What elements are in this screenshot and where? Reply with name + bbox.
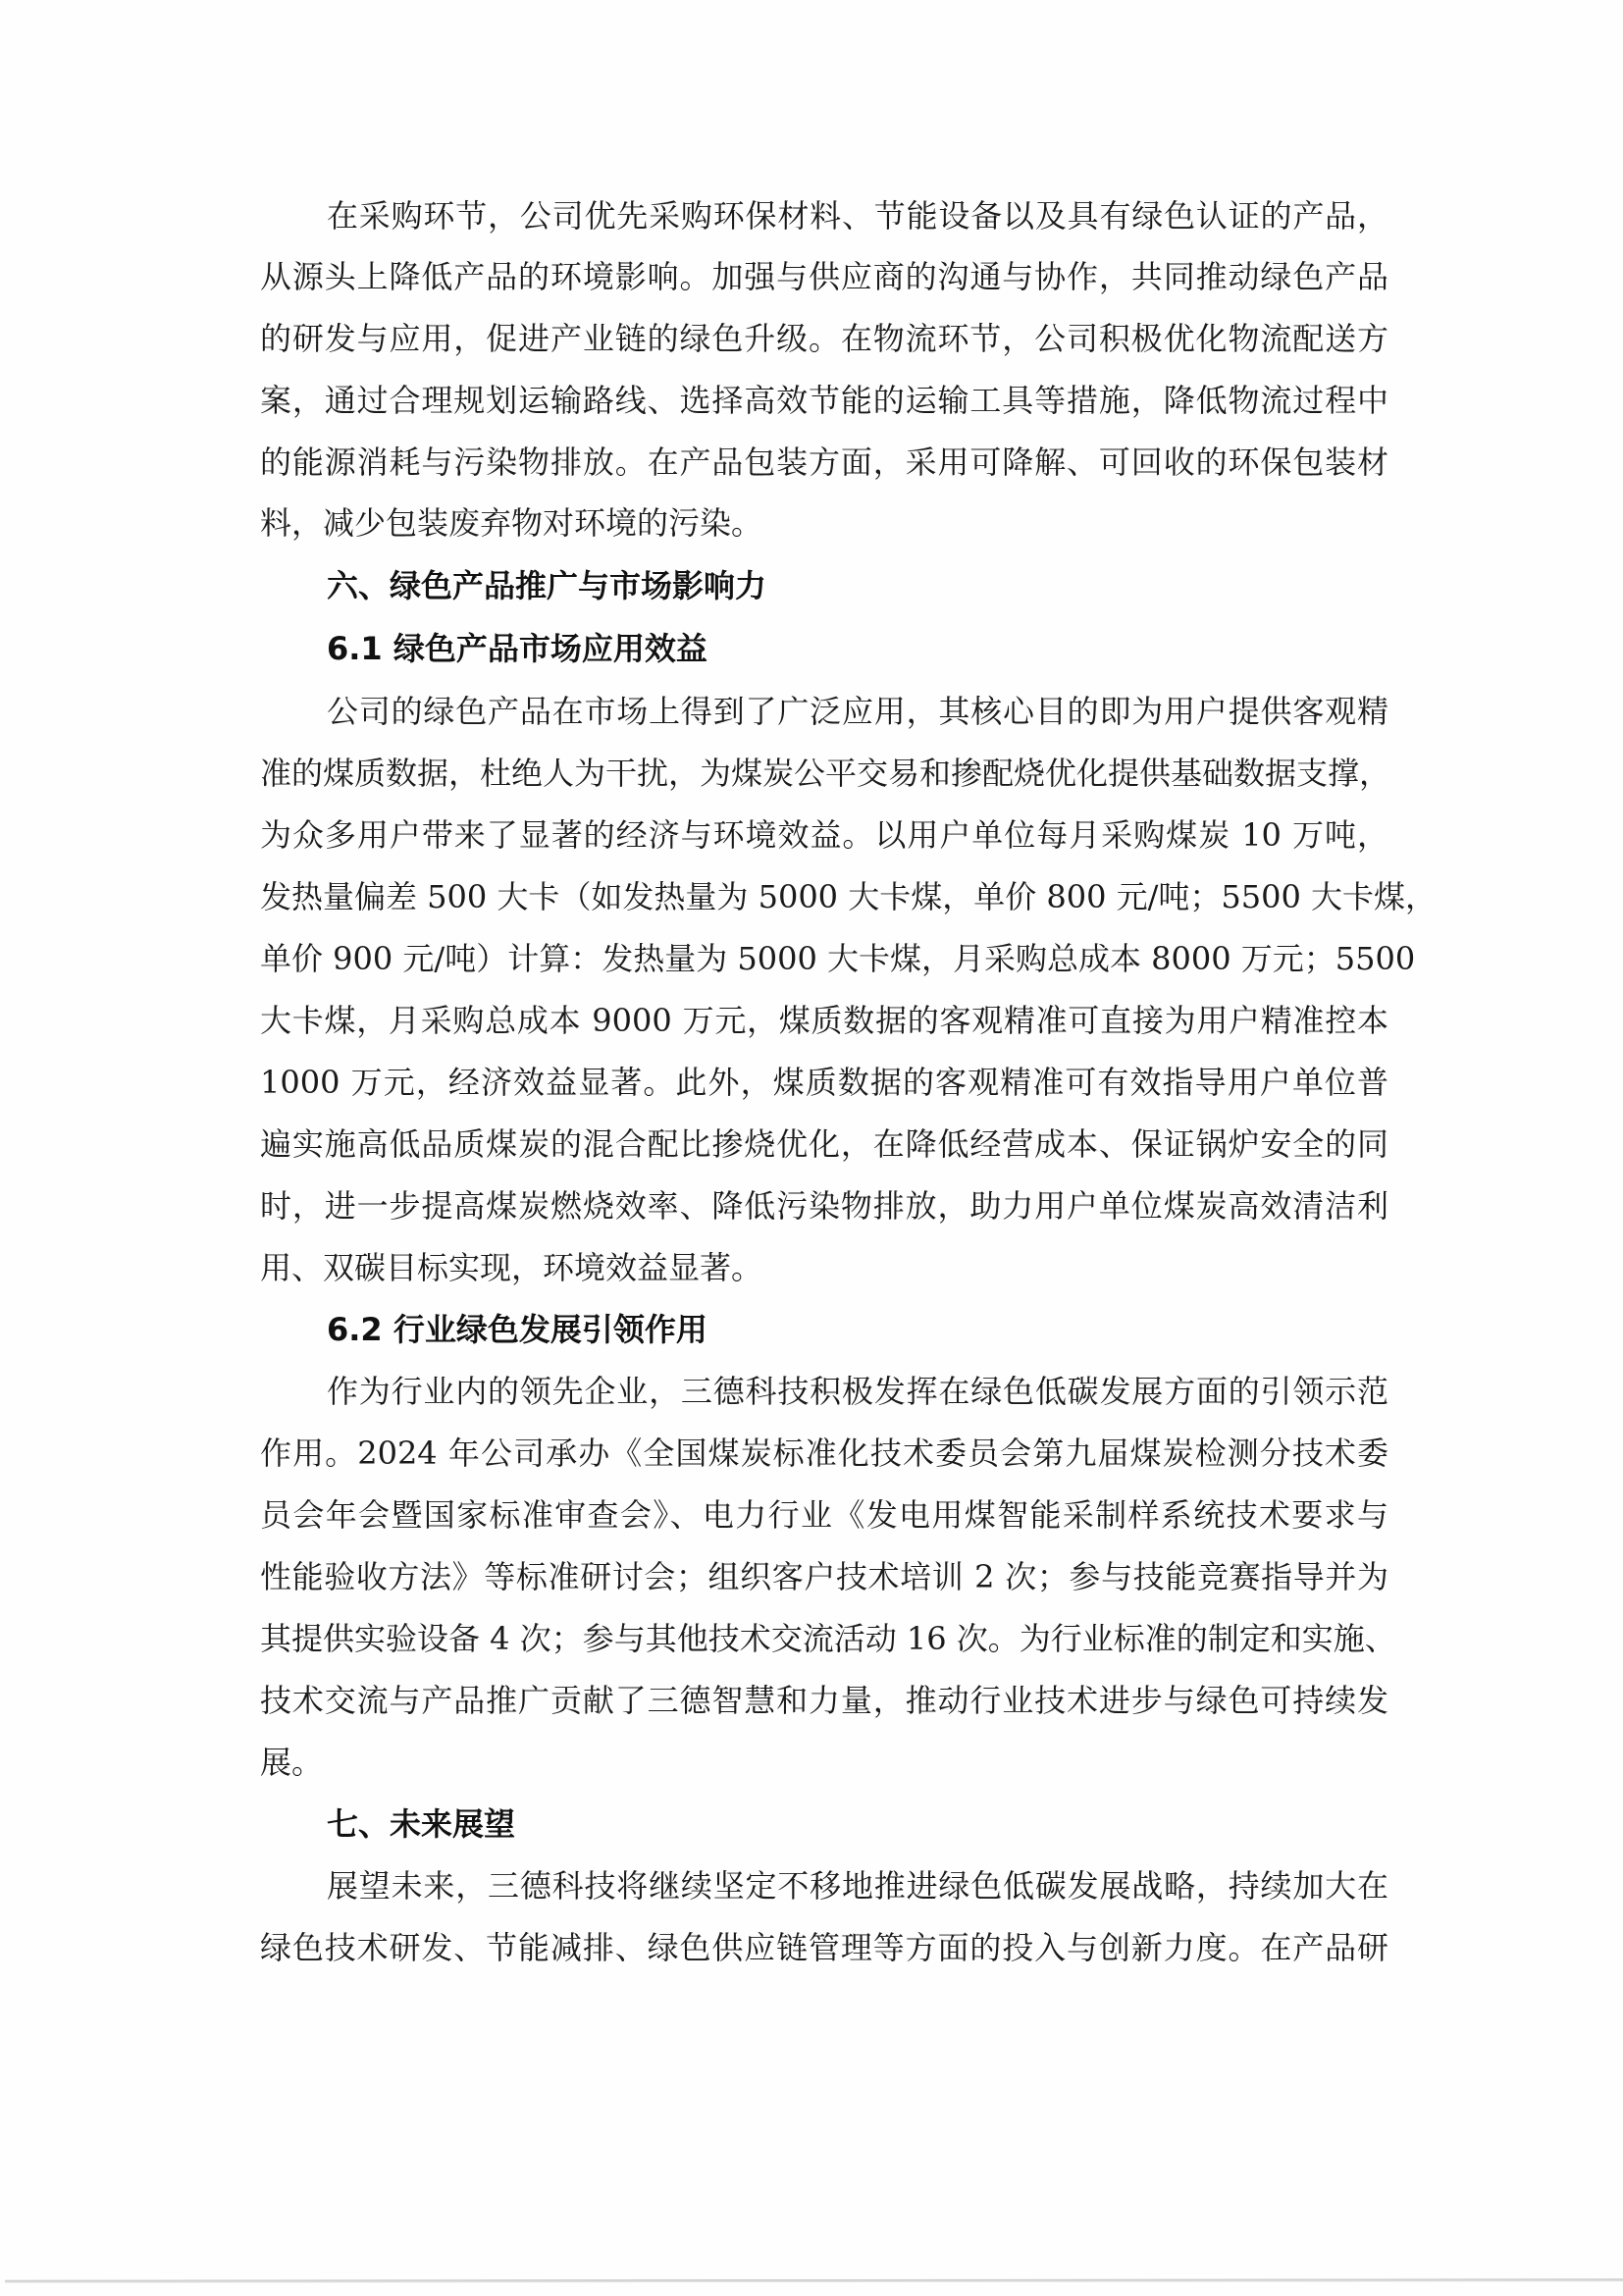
text-line: 时，进一步提高煤炭燃烧效率、降低污染物排放，助力用户单位煤炭高效清洁利 <box>260 1181 1388 1230</box>
text-line: 的能源消耗与污染物排放。在产品包装方面，采用可降解、可回收的环保包装材 <box>260 438 1388 487</box>
text-line: 发热量偏差 500 大卡（如发热量为 5000 大卡煤，单价 800 元/吨；5… <box>260 872 1388 921</box>
text-line: 大卡煤，月采购总成本 9000 万元，煤质数据的客观精准可直接为用户精准控本 <box>260 996 1388 1045</box>
text-line: 性能验收方法》等标准研讨会；组织客户技术培训 2 次；参与技能竞赛指导并为 <box>260 1552 1388 1601</box>
text-line: 准的煤质数据，杜绝人为干扰，为煤炭公平交易和掺配烧优化提供基础数据支撑， <box>260 749 1388 798</box>
section-heading-6: 六、绿色产品推广与市场影响力 <box>327 561 766 610</box>
text-line: 1000 万元，经济效益显著。此外，煤质数据的客观精准可有效指导用户单位普 <box>260 1058 1388 1107</box>
text-line: 员会年会暨国家标准审查会》、电力行业《发电用煤智能采制样系统技术要求与 <box>260 1490 1388 1539</box>
text-line: 其提供实验设备 4 次；参与其他技术交流活动 16 次。为行业标准的制定和实施、 <box>260 1614 1388 1663</box>
text-line: 为众多用户带来了显著的经济与环境效益。以用户单位每月采购煤炭 10 万吨， <box>260 810 1388 860</box>
text-line: 技术交流与产品推广贡献了三德智慧和力量，推动行业技术进步与绿色可持续发 <box>260 1676 1388 1725</box>
text-line: 展。 <box>260 1738 1388 1787</box>
text-line: 展望未来，三德科技将继续坚定不移地推进绿色低碳发展战略，持续加大在 <box>327 1861 1388 1910</box>
text-line: 案，通过合理规划运输路线、选择高效节能的运输工具等措施，降低物流过程中 <box>260 376 1388 425</box>
text-line: 料，减少包装废弃物对环境的污染。 <box>260 498 1388 548</box>
text-line: 用、双碳目标实现，环境效益显著。 <box>260 1243 1388 1292</box>
text-line: 绿色技术研发、节能减排、绿色供应链管理等方面的投入与创新力度。在产品研 <box>260 1923 1388 1972</box>
text-line: 从源头上降低产品的环境影响。加强与供应商的沟通与协作，共同推动绿色产品 <box>260 252 1388 301</box>
text-line: 在采购环节，公司优先采购环保材料、节能设备以及具有绿色认证的产品， <box>327 191 1388 240</box>
subsection-heading-6-2: 6.2 行业绿色发展引领作用 <box>327 1305 707 1354</box>
text-line: 遍实施高低品质煤炭的混合配比掺烧优化，在降低经营成本、保证锅炉安全的同 <box>260 1120 1388 1169</box>
scan-edge-divider <box>5 2278 1623 2282</box>
text-line: 作用。2024 年公司承办《全国煤炭标准化技术委员会第九届煤炭检测分技术委 <box>260 1429 1388 1478</box>
document-page: 在采购环节，公司优先采购环保材料、节能设备以及具有绿色认证的产品， 从源头上降低… <box>0 0 1623 2296</box>
text-line: 作为行业内的领先企业，三德科技积极发挥在绿色低碳发展方面的引领示范 <box>327 1367 1388 1416</box>
text-line: 公司的绿色产品在市场上得到了广泛应用，其核心目的即为用户提供客观精 <box>327 687 1388 736</box>
subsection-heading-6-1: 6.1 绿色产品市场应用效益 <box>327 624 707 673</box>
text-line: 的研发与应用，促进产业链的绿色升级。在物流环节，公司积极优化物流配送方 <box>260 314 1388 363</box>
section-heading-7: 七、未来展望 <box>327 1800 515 1849</box>
text-line: 单价 900 元/吨）计算：发热量为 5000 大卡煤，月采购总成本 8000 … <box>260 934 1388 983</box>
